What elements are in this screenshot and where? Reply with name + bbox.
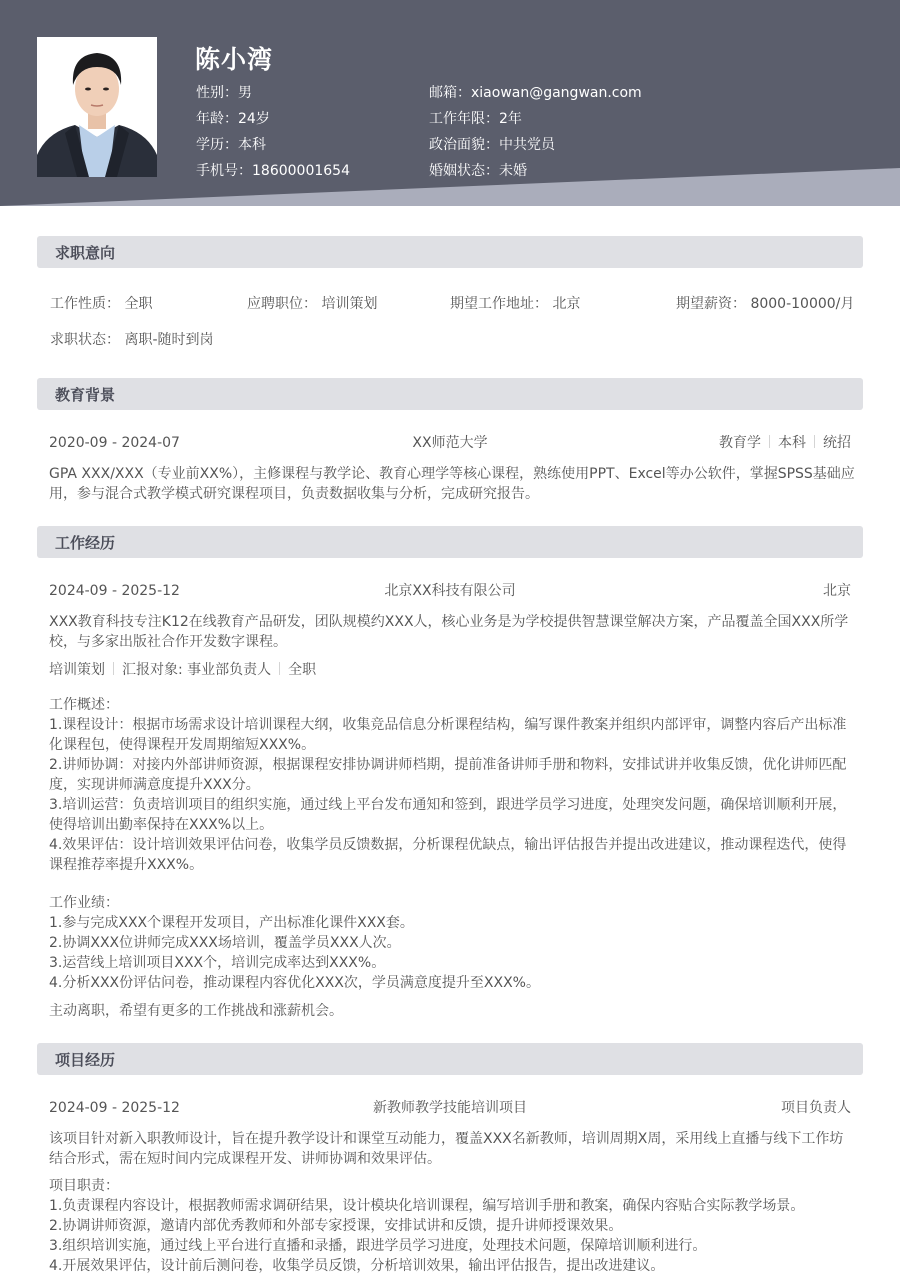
gender-field: 性别：男 — [196, 80, 350, 106]
enrollment-tag: 统招 — [823, 435, 851, 451]
employment-type-tag: 全职 — [288, 662, 316, 678]
report-to-tag: 汇报对象: 事业部负责人 — [122, 662, 271, 678]
work-row: 2024-09 - 2025-12 北京XX科技有限公司 北京 — [49, 580, 851, 602]
section-title: 求职意向 — [55, 242, 115, 263]
achievement-item: 3.运营线上培训项目XXX个，培训完成率达到XXX%。 — [49, 953, 855, 973]
email-field: 邮箱：xiaowan@gangwan.com — [429, 80, 642, 106]
leave-reason: 主动离职，希望有更多的工作挑战和涨薪机会。 — [49, 1001, 855, 1021]
divider — [113, 662, 114, 675]
basic-info-left: 性别：男 年龄：24岁 学历：本科 手机号：18600001654 — [196, 80, 350, 184]
duty-item: 4.开展效果评估，设计前后测问卷，收集学员反馈，分析培训效果，输出评估报告，提出… — [49, 1256, 855, 1275]
project-duties: 项目职责： 1.负责课程内容设计，根据教师需求调研结果，设计模块化培训课程，编写… — [49, 1176, 855, 1275]
education-tags: 教育学本科统招 — [719, 432, 851, 454]
major-tag: 教育学 — [719, 435, 761, 451]
degree-field: 学历：本科 — [196, 132, 350, 158]
section-title: 工作经历 — [55, 532, 115, 553]
divider — [814, 435, 815, 448]
overview-item: 1.课程设计：根据市场需求设计培训课程大纲，收集竞品信息分析课程结构，编写课件教… — [49, 715, 855, 755]
divider — [769, 435, 770, 448]
duty-item: 2.协调讲师资源，邀请内部优秀教师和外部专家授课，安排试讲和反馈，提升讲师授课效… — [49, 1216, 855, 1236]
project-name: 新教师教学技能培训项目 — [49, 1097, 851, 1119]
section-title: 项目经历 — [55, 1049, 115, 1070]
basic-info-right: 邮箱：xiaowan@gangwan.com 工作年限：2年 政治面貌：中共党员… — [429, 80, 642, 184]
section-header-intent: 求职意向 — [37, 236, 863, 268]
overview-item: 2.讲师协调：对接内外部讲师资源，根据课程安排协调讲师档期，提前准备讲师手册和物… — [49, 755, 855, 795]
section-header-education: 教育背景 — [37, 378, 863, 410]
project-intro: 该项目针对新入职教师设计，旨在提升教学设计和课堂互动能力，覆盖XXX名新教师，培… — [49, 1129, 855, 1169]
intent-job-type: 工作性质： 全职 — [50, 293, 152, 313]
section-header-project: 项目经历 — [37, 1043, 863, 1075]
political-status-field: 政治面貌：中共党员 — [429, 132, 642, 158]
duty-item: 3.组织培训实施，通过线上平台进行直播和录播，跟进学员学习进度，处理技术问题，保… — [49, 1236, 855, 1256]
company-name: 北京XX科技有限公司 — [49, 580, 851, 602]
achievement-item: 4.分析XXX份评估问卷，推动课程内容优化XXX次，学员满意度提升至XXX%。 — [49, 973, 855, 993]
duty-item: 1.负责课程内容设计，根据教师需求调研结果，设计模块化培训课程，编写培训手册和教… — [49, 1196, 855, 1216]
achievements-title: 工作业绩： — [49, 893, 855, 913]
overview-title: 工作概述： — [49, 695, 855, 715]
candidate-name: 陈小湾 — [195, 40, 273, 76]
overview-item: 4.效果评估：设计培训效果评估问卷，收集学员反馈数据，分析课程优缺点，输出评估报… — [49, 835, 855, 875]
divider — [279, 662, 280, 675]
age-field: 年龄：24岁 — [196, 106, 350, 132]
project-row: 2024-09 - 2025-12 新教师教学技能培训项目 项目负责人 — [49, 1097, 851, 1119]
resume-header: 陈小湾 性别：男 年龄：24岁 学历：本科 手机号：18600001654 邮箱… — [0, 0, 900, 206]
education-row: 2020-09 - 2024-07 XX师范大学 教育学本科统招 — [49, 432, 851, 454]
work-tags: 培训策划汇报对象: 事业部负责人全职 — [49, 660, 855, 680]
project-role: 项目负责人 — [781, 1097, 851, 1119]
profile-photo — [37, 37, 157, 177]
work-years-field: 工作年限：2年 — [429, 106, 642, 132]
intent-position: 应聘职位： 培训策划 — [247, 293, 377, 313]
degree-tag: 本科 — [778, 435, 806, 451]
overview-item: 3.培训运营：负责培训项目的组织实施，通过线上平台发布通知和签到，跟进学员学习进… — [49, 795, 855, 835]
person-photo-icon — [37, 37, 157, 177]
section-title: 教育背景 — [55, 384, 115, 405]
achievement-item: 1.参与完成XXX个课程开发项目，产出标准化课件XXX套。 — [49, 913, 855, 933]
marital-status-field: 婚姻状态：未婚 — [429, 158, 642, 184]
achievement-item: 2.协调XXX位讲师完成XXX场培训，覆盖学员XXX人次。 — [49, 933, 855, 953]
work-location: 北京 — [823, 580, 851, 602]
work-overview: 工作概述： 1.课程设计：根据市场需求设计培训课程大纲，收集竞品信息分析课程结构… — [49, 695, 855, 875]
intent-salary: 期望薪资： 8000-10000/月 — [676, 293, 854, 313]
section-header-work: 工作经历 — [37, 526, 863, 558]
phone-field: 手机号：18600001654 — [196, 158, 350, 184]
education-description: GPA XXX/XXX（专业前XX%），主修课程与教学论、教育心理学等核心课程，… — [49, 464, 855, 504]
duties-title: 项目职责： — [49, 1176, 855, 1196]
work-achievements: 工作业绩： 1.参与完成XXX个课程开发项目，产出标准化课件XXX套。 2.协调… — [49, 893, 855, 993]
intent-location: 期望工作地址： 北京 — [450, 293, 580, 313]
company-intro: XXX教育科技专注K12在线教育产品研发，团队规模约XXX人，核心业务是为学校提… — [49, 612, 855, 652]
intent-status: 求职状态： 离职-随时到岗 — [50, 329, 214, 349]
role-tag: 培训策划 — [49, 662, 105, 678]
